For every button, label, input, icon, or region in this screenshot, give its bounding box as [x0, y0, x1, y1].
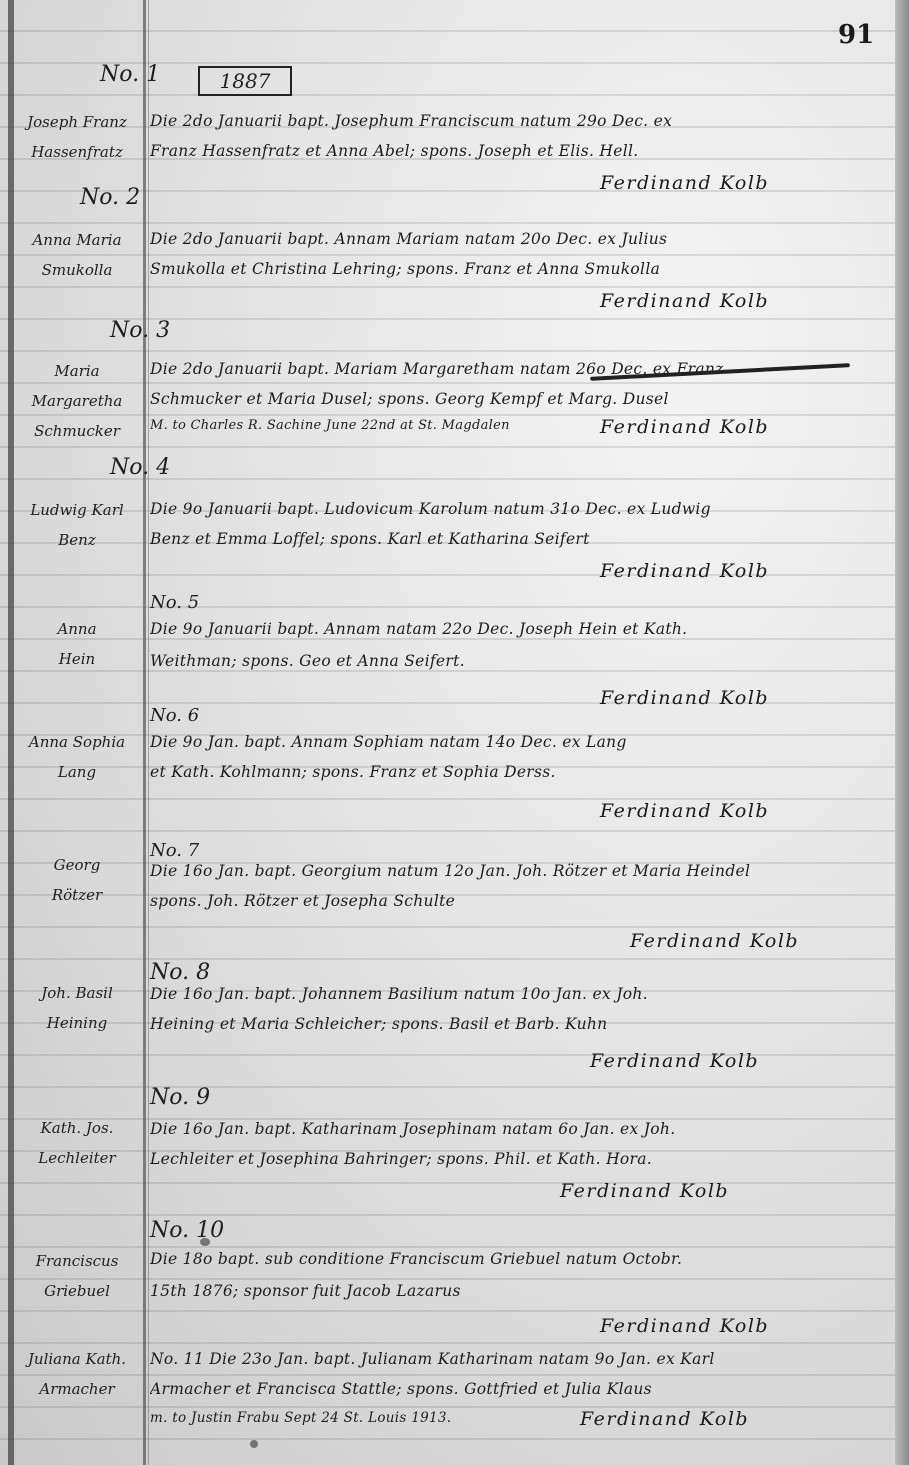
child-surname: Lang [12, 757, 142, 787]
child-given-name: Maria Margaretha [12, 356, 142, 416]
child-given-name: Joh. Basil [12, 978, 142, 1008]
child-given-name: Joseph Franz [12, 107, 142, 137]
record-line: Schmucker et Maria Dusel; spons. Georg K… [150, 390, 885, 408]
child-name: Ludwig Karl Benz [12, 495, 142, 555]
record-line: 15th 1876; sponsor fuit Jacob Lazarus [150, 1282, 885, 1300]
record-line: Heining et Maria Schleicher; spons. Basi… [150, 1015, 885, 1033]
entry-number: No. 4 [110, 455, 170, 480]
record-line: et Kath. Kohlmann; spons. Franz et Sophi… [150, 763, 885, 781]
record-line: Die 2do Januarii bapt. Josephum Francisc… [150, 112, 885, 130]
child-name: Anna Sophia Lang [12, 727, 142, 787]
record-line: Die 9o Januarii bapt. Annam natam 22o De… [150, 620, 885, 638]
ink-smudge [200, 1238, 210, 1246]
ink-smudge [250, 1440, 258, 1448]
column-divider [143, 0, 146, 1465]
priest-signature: Ferdinand Kolb [600, 290, 769, 312]
page-number: 91 [838, 20, 874, 50]
record-line: Die 9o Jan. bapt. Annam Sophiam natam 14… [150, 733, 885, 751]
child-given-name: Kath. Jos. [12, 1113, 142, 1143]
child-surname: Schmucker [12, 416, 142, 446]
child-name: Maria Margaretha Schmucker [12, 356, 142, 446]
record-line: Die 2do Januarii bapt. Annam Mariam nata… [150, 230, 885, 248]
entry-number: No. 9 [150, 1085, 210, 1110]
child-given-name: Juliana Kath. [12, 1344, 142, 1374]
register-page: 91 1887 No. 1 Joseph Franz Hassenfratz D… [0, 0, 909, 1465]
entry-number: No. 1 [100, 62, 160, 87]
priest-signature: Ferdinand Kolb [600, 687, 769, 709]
entry-number: No. 10 [150, 1218, 224, 1243]
priest-signature: Ferdinand Kolb [590, 1050, 759, 1072]
entry-number: No. 7 [150, 840, 199, 861]
child-given-name: Anna Sophia [12, 727, 142, 757]
record-line: Weithman; spons. Geo et Anna Seifert. [150, 652, 885, 670]
entry-number: No. 3 [110, 318, 170, 343]
record-line: Franz Hassenfratz et Anna Abel; spons. J… [150, 142, 885, 160]
child-given-name: Franciscus [12, 1246, 142, 1276]
record-line: Smukolla et Christina Lehring; spons. Fr… [150, 260, 885, 278]
entry-number: No. 6 [150, 705, 199, 726]
column-divider-secondary [148, 0, 149, 1465]
record-line: Benz et Emma Loffel; spons. Karl et Kath… [150, 530, 885, 548]
priest-signature: Ferdinand Kolb [600, 800, 769, 822]
record-line: Lechleiter et Josephina Bahringer; spons… [150, 1150, 885, 1168]
child-surname: Armacher [12, 1374, 142, 1404]
child-name: Anna Hein [12, 614, 142, 674]
child-name: Joh. Basil Heining [12, 978, 142, 1038]
marriage-annotation: m. to Justin Frabu Sept 24 St. Louis 191… [150, 1410, 570, 1426]
child-given-name: Ludwig Karl [12, 495, 142, 525]
child-name: Franciscus Griebuel [12, 1246, 142, 1306]
marriage-annotation: M. to Charles R. Sachine June 22nd at St… [150, 418, 590, 433]
child-given-name: Anna [12, 614, 142, 644]
record-line: No. 11 Die 23o Jan. bapt. Julianam Katha… [150, 1350, 885, 1368]
page-edge [895, 0, 909, 1465]
child-name: Anna Maria Smukolla [12, 225, 142, 285]
entry-number: No. 2 [80, 185, 140, 210]
child-name: Joseph Franz Hassenfratz [12, 107, 142, 167]
entry-number: No. 8 [150, 960, 210, 985]
priest-signature: Ferdinand Kolb [630, 930, 799, 952]
record-line: spons. Joh. Rötzer et Josepha Schulte [150, 892, 885, 910]
priest-signature: Ferdinand Kolb [600, 172, 769, 194]
child-name: Juliana Kath. Armacher [12, 1344, 142, 1404]
priest-signature: Ferdinand Kolb [600, 1315, 769, 1337]
child-surname: Benz [12, 525, 142, 555]
record-line: Die 16o Jan. bapt. Katharinam Josephinam… [150, 1120, 885, 1138]
child-name: Georg Rötzer [12, 850, 142, 910]
record-line: Die 16o Jan. bapt. Georgium natum 12o Ja… [150, 862, 885, 880]
child-surname: Hein [12, 644, 142, 674]
child-given-name: Georg [12, 850, 142, 880]
record-line: Die 9o Januarii bapt. Ludovicum Karolum … [150, 500, 885, 518]
child-surname: Rötzer [12, 880, 142, 910]
child-surname: Heining [12, 1008, 142, 1038]
priest-signature: Ferdinand Kolb [560, 1180, 729, 1202]
child-surname: Hassenfratz [12, 137, 142, 167]
record-line: Die 18o bapt. sub conditione Franciscum … [150, 1250, 885, 1268]
priest-signature: Ferdinand Kolb [600, 560, 769, 582]
child-surname: Lechleiter [12, 1143, 142, 1173]
record-line: Die 16o Jan. bapt. Johannem Basilium nat… [150, 985, 885, 1003]
priest-signature: Ferdinand Kolb [580, 1408, 749, 1430]
child-surname: Griebuel [12, 1276, 142, 1306]
child-given-name: Anna Maria [12, 225, 142, 255]
entry-number: No. 5 [150, 592, 199, 613]
year-box: 1887 [198, 66, 292, 96]
child-name: Kath. Jos. Lechleiter [12, 1113, 142, 1173]
record-line: Armacher et Francisca Stattle; spons. Go… [150, 1380, 885, 1398]
child-surname: Smukolla [12, 255, 142, 285]
priest-signature: Ferdinand Kolb [600, 416, 769, 438]
